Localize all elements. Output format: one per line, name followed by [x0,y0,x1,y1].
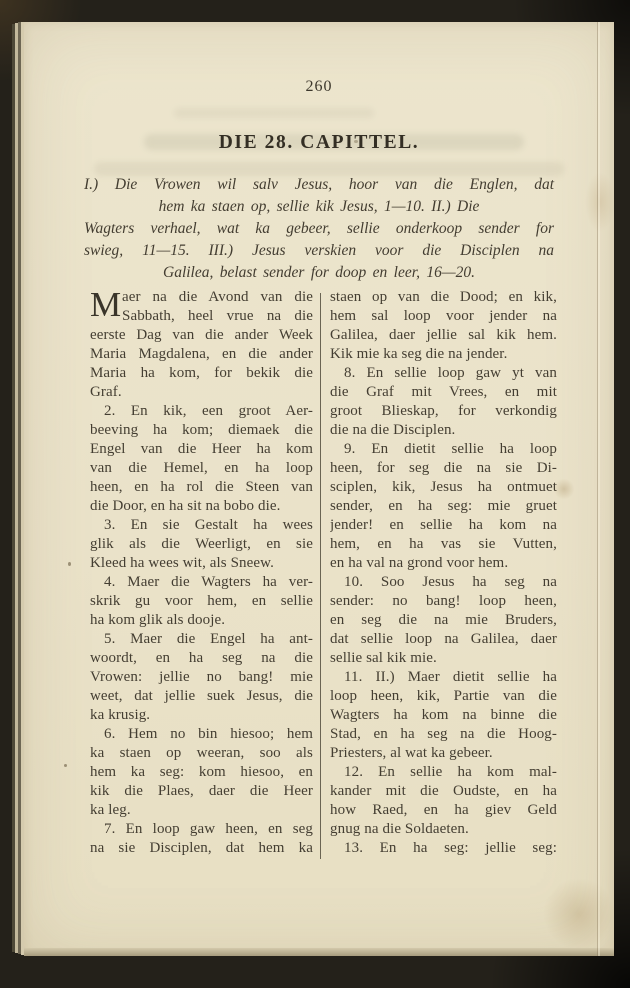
book-scan-background: 260 DIE 28. CAPITTEL. I.) Die Vrowen wil… [0,0,630,988]
text-line: 4. Maer die Wagters ha ver- [90,573,313,592]
text-line: kik die Plaes, daer die Heer [90,782,313,801]
paragraph: 13. En ha seg: jellie seg: [330,839,557,858]
column-right: staen op van die Dood; en kik,hem sal lo… [330,288,557,858]
paragraph: 7. En loop gaw heen, en segna sie Discip… [90,820,313,858]
text-line: sender, en ha seg: mie gruet [330,497,557,516]
text-line: heen, for seg die na sie Di- [330,459,557,478]
text-line: die Graf mit Vrees, en mit [330,383,557,402]
column-left: Maer na die Avond van dieSabbath, heel v… [90,288,313,858]
text-line: en seg die na mie Bruders, [330,611,557,630]
text-line: jender! en sellie ha kom na [330,516,557,535]
text-line: kander mit die Oudste, en ha [330,782,557,801]
text-line: Kleed ha wees wit, als Sneew. [90,554,313,573]
paper-speck [64,764,67,767]
text-line: ka krusig. [90,706,313,725]
summary-line: Wagters verhael, wat ka gebeer, sellie o… [84,218,554,240]
paragraph: 11. II.) Maer dietit sellie haloop heen,… [330,668,557,763]
chapter-heading: DIE 28. CAPITTEL. [24,132,614,154]
paragraph: 6. Hem no bin hiesoo; hemka staen op wee… [90,725,313,820]
summary-line: hem ka staen op, sellie kik Jesus, 1—10.… [84,196,554,218]
text-line: skrik gu voor hem, en sellie [90,592,313,611]
text-line: ka leg. [90,801,313,820]
paper-speck [354,140,358,143]
paragraph: 2. En kik, een groot Aer-beeving ha kom;… [90,402,313,516]
paragraph: 5. Maer die Engel ha ant-woordt, en ha s… [90,630,313,725]
summary-line: swieg, 11—15. III.) Jesus verskien voor … [84,240,554,262]
paragraph: staen op van die Dood; en kik,hem sal lo… [330,288,557,364]
page-stack-edge-bottom [24,948,614,956]
text-line: 9. En dietit sellie ha loop [330,440,557,459]
paragraph: 10. Soo Jesus ha seg nasender: no bang! … [330,573,557,668]
text-line: dat sellie loop na Galilea, daer [330,630,557,649]
text-line: beeving ha kom; diemaek die [90,421,313,440]
text-line: van die Hemel, en ha loop [90,459,313,478]
text-line: Sabbath, heel vrue na die [122,307,313,326]
chapter-summary: I.) Die Vrowen wil salv Jesus, hoor van … [84,174,554,284]
text-line: Wagters ha kom na binne die [330,706,557,725]
text-line: ka staen op weeran, soo als [90,744,313,763]
text-line: Maria ha kom, for bekik die [90,364,313,383]
text-line: Galilea, daer jellie sal kik hem. [330,326,557,345]
text-line: 7. En loop gaw heen, en seg [90,820,313,839]
text-line: how Raed, en ha giev Geld [330,801,557,820]
text-line: Priesters, al wat ka gebeer. [330,744,557,763]
column-divider-rule [320,293,321,859]
text-line: Stad, en ha seg na die Hoog- [330,725,557,744]
text-line: staen op van die Dood; en kik, [330,288,557,307]
text-line: heen, en ha rol die Steen van [90,478,313,497]
paper-stain [549,474,579,504]
text-line: Graf. [90,383,313,402]
text-line: hem sal loop voor jender na [330,307,557,326]
drop-cap-letter: M [90,289,122,326]
text-line: aer na die Avond van die [122,288,313,307]
text-line: na sie Disciplen, dat hem ka [90,839,313,858]
text-line: groot Blieskap, for verkondig [330,402,557,421]
text-line: 3. En sie Gestalt ha wees [90,516,313,535]
text-line: sender: no bang! loop heen, [330,592,557,611]
paragraph: 8. En sellie loop gaw yt vandie Graf mit… [330,364,557,440]
text-line: 8. En sellie loop gaw yt van [330,364,557,383]
text-line: sellie sal kik mie. [330,649,557,668]
text-line: Maria Magdalena, en die ander [90,345,313,364]
summary-line: Galilea, belast sender for doop en leer,… [84,262,554,284]
text-line: gnug na die Soldaeten. [330,820,557,839]
text-line: eerste Dag van die ander Week [90,326,313,345]
text-line: 5. Maer die Engel ha ant- [90,630,313,649]
text-line: hem, en ha vas sie Vutten, [330,535,557,554]
text-line: die na die Disciplen. [330,421,557,440]
text-line: Kik mie ka seg die na jender. [330,345,557,364]
paper-stain [580,162,620,242]
summary-line: I.) Die Vrowen wil salv Jesus, hoor van … [84,174,554,196]
text-line: 13. En ha seg: jellie seg: [330,839,557,858]
paragraph: 9. En dietit sellie ha loopheen, for seg… [330,440,557,573]
paragraph: Maer na die Avond van dieSabbath, heel v… [90,288,313,402]
text-line: woordt, en ha seg na die [90,649,313,668]
text-line: glik als die Weerligt, en sie [90,535,313,554]
text-line: weet, dat jellie suek Jesus, die [90,687,313,706]
text-line: 6. Hem no bin hiesoo; hem [90,725,313,744]
text-line: 10. Soo Jesus ha seg na [330,573,557,592]
text-line: 2. En kik, een groot Aer- [90,402,313,421]
text-line: loop heen, kik, Partie van die [330,687,557,706]
showthrough-smudge [174,108,374,118]
text-line: die Door, en ha sit na bobo die. [90,497,313,516]
paragraph: 12. En sellie ha kom mal-kander mit die … [330,763,557,839]
paragraph: 4. Maer die Wagters ha ver-skrik gu voor… [90,573,313,630]
page-fold-highlight [598,22,600,956]
text-line: ha kom glik als dooje. [90,611,313,630]
text-line: 12. En sellie ha kom mal- [330,763,557,782]
page-number: 260 [24,78,614,96]
text-line: Vrowen: jellie no bang! mie [90,668,313,687]
text-line: Engel van die Heer ha kom [90,440,313,459]
text-line: hem ka seg: kom hiesoo, en [90,763,313,782]
text-line: 11. II.) Maer dietit sellie ha [330,668,557,687]
paragraph: 3. En sie Gestalt ha weesglik als die We… [90,516,313,573]
text-line: sciplen, kik, Jesus ha ontmuet [330,478,557,497]
paper-speck [68,562,71,566]
text-line: en ha val na grond voor hem. [330,554,557,573]
book-page: 260 DIE 28. CAPITTEL. I.) Die Vrowen wil… [24,22,614,956]
